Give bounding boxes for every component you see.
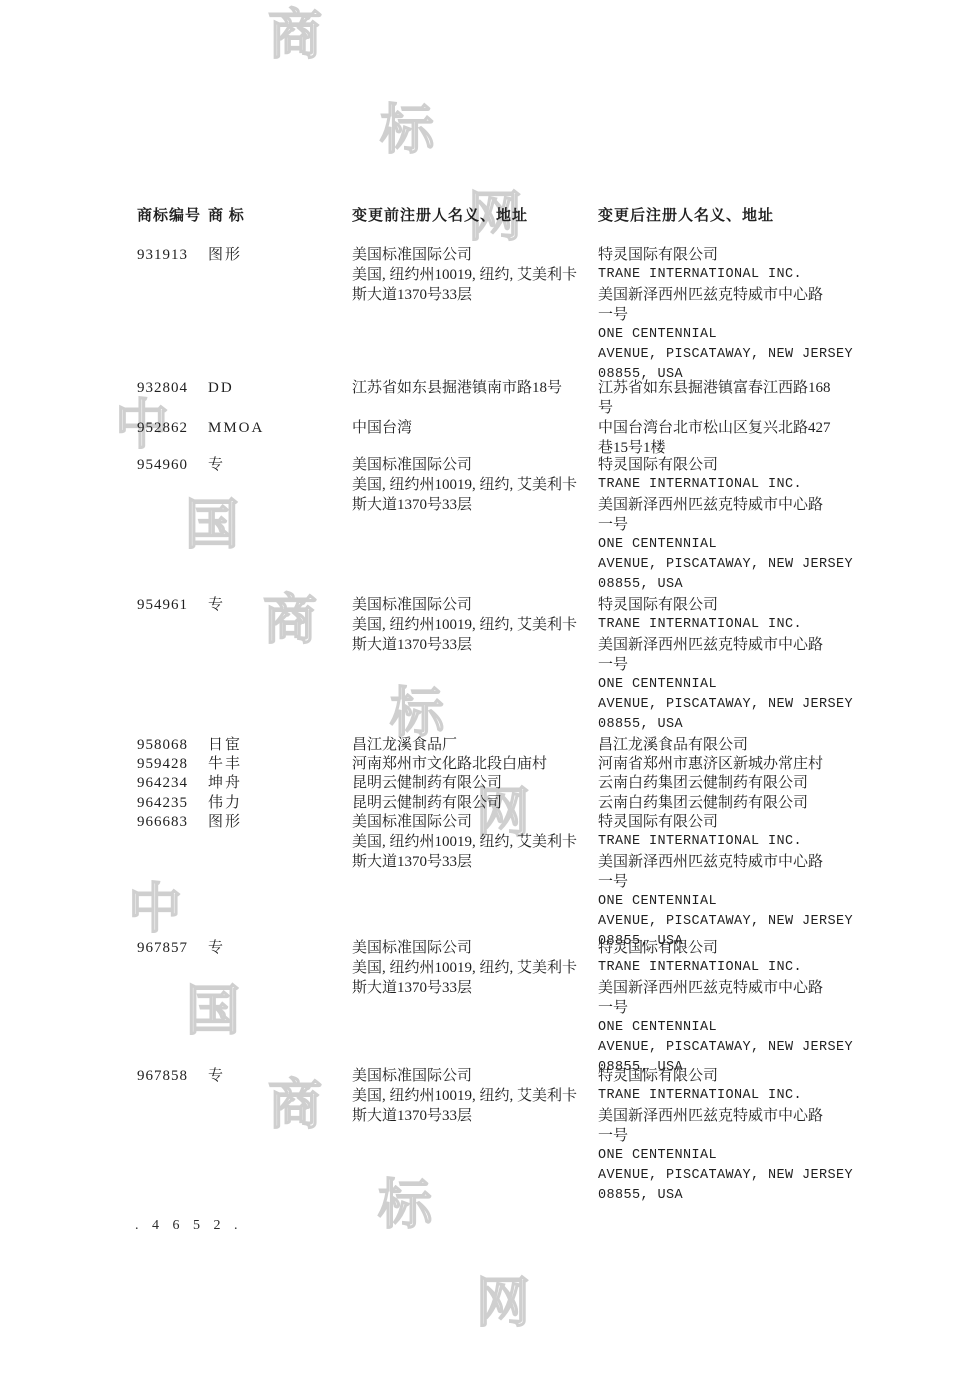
after-line: 一号 <box>598 655 878 675</box>
before-registrant: 美国标准国际公司 美国, 纽约州10019, 纽约, 艾美利卡 斯大道1370号… <box>352 938 598 998</box>
after-registrant: 特灵国际有限公司 TRANE INTERNATIONAL INC. 美国新泽西州… <box>598 455 878 595</box>
trademark-name: 图形 <box>208 812 348 832</box>
after-line: 08855, USA <box>598 715 878 735</box>
trademark-name: 专 <box>208 1066 348 1086</box>
before-registrant: 美国标准国际公司 美国, 纽约州10019, 纽约, 艾美利卡 斯大道1370号… <box>352 455 598 515</box>
after-line: 特灵国际有限公司 <box>598 1066 878 1086</box>
after-registrant: 特灵国际有限公司 TRANE INTERNATIONAL INC. 美国新泽西州… <box>598 938 878 1078</box>
after-line: 一号 <box>598 872 878 892</box>
before-line: 昆明云健制药有限公司 <box>352 773 598 793</box>
before-line: 美国, 纽约州10019, 纽约, 艾美利卡 <box>352 958 598 978</box>
after-line: 08855, USA <box>598 575 878 595</box>
after-line: 河南省郑州市惠济区新城办常庄村 <box>598 754 878 774</box>
trademark-number: 959428 <box>137 754 207 774</box>
after-line: 云南白药集团云健制药有限公司 <box>598 773 878 793</box>
after-line: 中国台湾台北市松山区复兴北路427 <box>598 418 878 438</box>
trademark-name: 专 <box>208 595 348 615</box>
after-line: 一号 <box>598 1126 878 1146</box>
after-line: 特灵国际有限公司 <box>598 938 878 958</box>
before-line: 昌江龙溪食品厂 <box>352 735 598 755</box>
before-line: 河南郑州市文化路北段白庙村 <box>352 754 598 774</box>
before-line: 美国, 纽约州10019, 纽约, 艾美利卡 <box>352 265 598 285</box>
before-line: 美国, 纽约州10019, 纽约, 艾美利卡 <box>352 615 598 635</box>
trademark-name: 坤舟 <box>208 773 348 793</box>
table: 商标编号 商 标 变更前注册人名义、地址 变更后注册人名义、地址 931913 … <box>0 0 980 1400</box>
trademark-number: 954961 <box>137 595 207 615</box>
before-line: 江苏省如东县掘港镇南市路18号 <box>352 378 598 398</box>
before-line: 斯大道1370号33层 <box>352 1106 598 1126</box>
after-line: 特灵国际有限公司 <box>598 455 878 475</box>
after-line: AVENUE, PISCATAWAY, NEW JERSEY <box>598 1166 878 1186</box>
after-line: AVENUE, PISCATAWAY, NEW JERSEY <box>598 1038 878 1058</box>
after-line: TRANE INTERNATIONAL INC. <box>598 958 878 978</box>
before-registrant: 昌江龙溪食品厂 <box>352 735 598 755</box>
after-line: 08855, USA <box>598 1186 878 1206</box>
before-line: 美国标准国际公司 <box>352 938 598 958</box>
trademark-number: 958068 <box>137 735 207 755</box>
trademark-name: 伟力 <box>208 793 348 813</box>
trademark-gazette-page: 商 标 网 中 国 商 标 网 中 国 商 标 网 商标编号 商 标 变更前注册… <box>0 0 980 1400</box>
header-trademark-number: 商标编号 <box>137 206 207 226</box>
after-line: ONE CENTENNIAL <box>598 892 878 912</box>
after-registrant: 特灵国际有限公司 TRANE INTERNATIONAL INC. 美国新泽西州… <box>598 1066 878 1206</box>
trademark-name: 日宦 <box>208 735 348 755</box>
after-line: AVENUE, PISCATAWAY, NEW JERSEY <box>598 555 878 575</box>
before-registrant: 中国台湾 <box>352 418 598 438</box>
before-line: 中国台湾 <box>352 418 598 438</box>
after-registrant: 昌江龙溪食品有限公司 <box>598 735 878 755</box>
after-line: AVENUE, PISCATAWAY, NEW JERSEY <box>598 345 878 365</box>
trademark-name: 图形 <box>208 245 348 265</box>
trademark-number: 964234 <box>137 773 207 793</box>
after-line: 特灵国际有限公司 <box>598 812 878 832</box>
after-line: TRANE INTERNATIONAL INC. <box>598 1086 878 1106</box>
trademark-number: 952862 <box>137 418 207 438</box>
trademark-number: 964235 <box>137 793 207 813</box>
after-registrant: 特灵国际有限公司 TRANE INTERNATIONAL INC. 美国新泽西州… <box>598 812 878 952</box>
after-registrant: 云南白药集团云健制药有限公司 <box>598 793 878 813</box>
trademark-name: 专 <box>208 938 348 958</box>
before-line: 昆明云健制药有限公司 <box>352 793 598 813</box>
before-registrant: 河南郑州市文化路北段白庙村 <box>352 754 598 774</box>
before-line: 美国标准国际公司 <box>352 812 598 832</box>
before-line: 斯大道1370号33层 <box>352 978 598 998</box>
before-registrant: 昆明云健制药有限公司 <box>352 773 598 793</box>
trademark-number: 931913 <box>137 245 207 265</box>
after-line: 美国新泽西州匹兹克特威市中心路 <box>598 285 878 305</box>
trademark-name: 牛丰 <box>208 754 348 774</box>
trademark-number: 967857 <box>137 938 207 958</box>
after-line: 美国新泽西州匹兹克特威市中心路 <box>598 635 878 655</box>
after-registrant: 特灵国际有限公司 TRANE INTERNATIONAL INC. 美国新泽西州… <box>598 595 878 735</box>
after-line: AVENUE, PISCATAWAY, NEW JERSEY <box>598 912 878 932</box>
before-line: 美国标准国际公司 <box>352 1066 598 1086</box>
after-line: 特灵国际有限公司 <box>598 245 878 265</box>
after-line: 美国新泽西州匹兹克特威市中心路 <box>598 852 878 872</box>
after-line: 特灵国际有限公司 <box>598 595 878 615</box>
before-line: 斯大道1370号33层 <box>352 852 598 872</box>
before-line: 美国, 纽约州10019, 纽约, 艾美利卡 <box>352 1086 598 1106</box>
after-line: ONE CENTENNIAL <box>598 675 878 695</box>
header-trademark-name: 商 标 <box>208 206 348 226</box>
after-line: 号 <box>598 398 878 418</box>
before-line: 美国标准国际公司 <box>352 595 598 615</box>
before-registrant: 美国标准国际公司 美国, 纽约州10019, 纽约, 艾美利卡 斯大道1370号… <box>352 595 598 655</box>
trademark-name: MMOA <box>208 418 348 438</box>
trademark-number: 932804 <box>137 378 207 398</box>
after-line: 美国新泽西州匹兹克特威市中心路 <box>598 1106 878 1126</box>
after-line: ONE CENTENNIAL <box>598 535 878 555</box>
after-line: TRANE INTERNATIONAL INC. <box>598 615 878 635</box>
after-line: 美国新泽西州匹兹克特威市中心路 <box>598 978 878 998</box>
after-registrant: 中国台湾台北市松山区复兴北路427 巷15号1楼 <box>598 418 878 458</box>
trademark-name: 专 <box>208 455 348 475</box>
trademark-number: 966683 <box>137 812 207 832</box>
before-line: 美国标准国际公司 <box>352 455 598 475</box>
before-registrant: 昆明云健制药有限公司 <box>352 793 598 813</box>
after-registrant: 云南白药集团云健制药有限公司 <box>598 773 878 793</box>
trademark-number: 954960 <box>137 455 207 475</box>
before-registrant: 江苏省如东县掘港镇南市路18号 <box>352 378 598 398</box>
before-registrant: 美国标准国际公司 美国, 纽约州10019, 纽约, 艾美利卡 斯大道1370号… <box>352 812 598 872</box>
after-line: 美国新泽西州匹兹克特威市中心路 <box>598 495 878 515</box>
before-line: 斯大道1370号33层 <box>352 635 598 655</box>
before-line: 美国, 纽约州10019, 纽约, 艾美利卡 <box>352 475 598 495</box>
trademark-name: DD <box>208 378 348 398</box>
after-line: 一号 <box>598 998 878 1018</box>
before-line: 斯大道1370号33层 <box>352 495 598 515</box>
before-line: 斯大道1370号33层 <box>352 285 598 305</box>
before-registrant: 美国标准国际公司 美国, 纽约州10019, 纽约, 艾美利卡 斯大道1370号… <box>352 245 598 305</box>
header-before-change: 变更前注册人名义、地址 <box>352 206 598 226</box>
before-line: 美国标准国际公司 <box>352 245 598 265</box>
after-registrant: 江苏省如东县掘港镇富春江西路168 号 <box>598 378 878 418</box>
after-line: 一号 <box>598 515 878 535</box>
header-after-change: 变更后注册人名义、地址 <box>598 206 878 226</box>
before-line: 美国, 纽约州10019, 纽约, 艾美利卡 <box>352 832 598 852</box>
trademark-number: 967858 <box>137 1066 207 1086</box>
after-line: TRANE INTERNATIONAL INC. <box>598 475 878 495</box>
after-registrant: 特灵国际有限公司 TRANE INTERNATIONAL INC. 美国新泽西州… <box>598 245 878 385</box>
after-line: TRANE INTERNATIONAL INC. <box>598 832 878 852</box>
after-registrant: 河南省郑州市惠济区新城办常庄村 <box>598 754 878 774</box>
after-line: ONE CENTENNIAL <box>598 1018 878 1038</box>
after-line: 江苏省如东县掘港镇富春江西路168 <box>598 378 878 398</box>
after-line: ONE CENTENNIAL <box>598 325 878 345</box>
after-line: 一号 <box>598 305 878 325</box>
after-line: TRANE INTERNATIONAL INC. <box>598 265 878 285</box>
before-registrant: 美国标准国际公司 美国, 纽约州10019, 纽约, 艾美利卡 斯大道1370号… <box>352 1066 598 1126</box>
after-line: 云南白药集团云健制药有限公司 <box>598 793 878 813</box>
after-line: ONE CENTENNIAL <box>598 1146 878 1166</box>
after-line: 昌江龙溪食品有限公司 <box>598 735 878 755</box>
after-line: AVENUE, PISCATAWAY, NEW JERSEY <box>598 695 878 715</box>
